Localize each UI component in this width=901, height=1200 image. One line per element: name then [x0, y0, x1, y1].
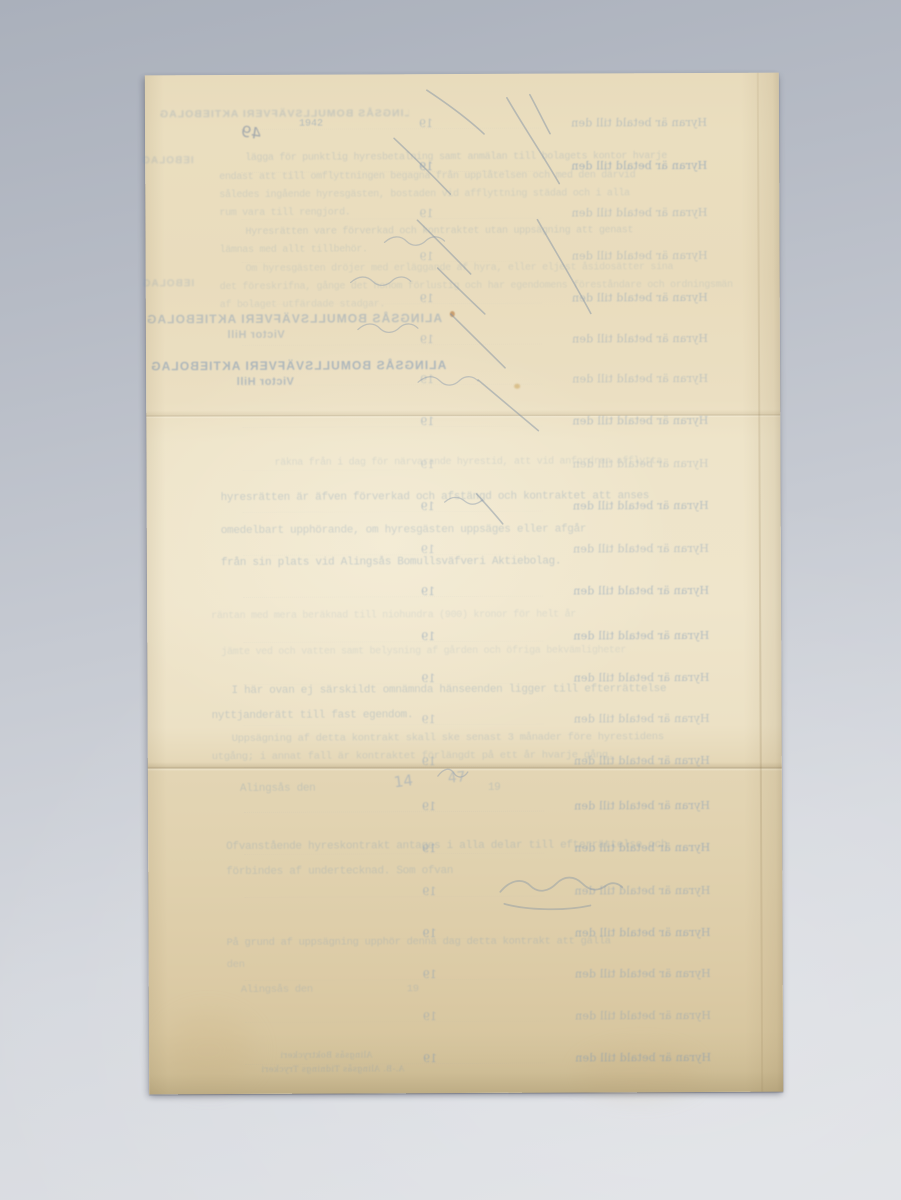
typed-line: den [227, 959, 245, 971]
typed-line: nyttjanderätt till fast egendom. [212, 709, 414, 722]
typed-line: rum vara till rengjord. [219, 207, 350, 219]
mirrored-printer-imprint: Alingsås BoktryckeriA.-B. Alingsås Tidni… [261, 1050, 391, 1079]
pencil-date-day: 14 [393, 771, 414, 791]
typed-line: 19 [488, 782, 501, 794]
typed-line: hyresrätten är äfven förverkad och afstä… [221, 490, 650, 504]
document-paper-verso: ALINGSÅS BOMULLSVÄFVERI AKTIEBOLAG 1942 … [145, 73, 783, 1095]
typed-line: räkna från i dag för närvarande hyrestid… [274, 456, 662, 469]
typed-text-showthrough: lägga för punktlig hyresbetalning samt a… [145, 73, 783, 1095]
pencil-number: 49 [240, 121, 263, 143]
typed-line: af bolaget utfärdade stadgar. [220, 299, 385, 311]
photo-backdrop: ALINGSÅS BOMULLSVÄFVERI AKTIEBOLAG 1942 … [0, 0, 901, 1200]
typed-line: således ingående hyresgästen, bostaden v… [219, 188, 630, 201]
typed-line: omedelbart upphörande, om hyresgästen up… [221, 523, 587, 537]
typed-line: Hyresrätten vare förverkad och kontrakte… [245, 225, 633, 238]
typed-line: 19 [407, 983, 419, 995]
typed-line: Alingsås den [240, 783, 316, 795]
typed-line: Ofvanstående hyreskontrakt antages i all… [226, 839, 667, 853]
typed-line: det föreskrifna, gånge det honom förlust… [220, 280, 733, 293]
typed-line: förbindes af undertecknad. Som ofvan [226, 865, 453, 878]
typed-line: endast att till omflyttningen begagna fr… [219, 170, 635, 183]
pencil-date-year: 47 [447, 769, 466, 787]
typed-line: lägga för punktlig hyresbetalning samt a… [245, 151, 667, 164]
typed-line: från sin plats vid Alingsås Bomullsväfve… [221, 556, 561, 569]
imprint-line-mirrored: A.-B. Alingsås Tidnings Tryckeri [261, 1064, 391, 1074]
typed-line: lämnas med allt tillbehör. [220, 244, 368, 256]
typed-line: utgång; i annat fall är kontraktet förlä… [212, 749, 614, 763]
imprint-line-mirrored: Alingsås Boktryckeri [261, 1050, 391, 1060]
typed-line: räntan med mera beräknad till niohundra … [211, 610, 576, 623]
typed-line: På grund af uppsägning upphör denna dag … [227, 935, 611, 949]
typed-line: jämte ved och vatten samt belysning af g… [221, 645, 626, 658]
typed-line: Uppsägning af detta kontrakt skall ske s… [232, 731, 664, 745]
typed-line: Om hyresgästen dröjer med erläggande af … [246, 262, 674, 275]
typed-line: Alingsås den [241, 984, 313, 996]
typed-line: I här ovan ej särskildt omnämnda hänseen… [231, 683, 666, 697]
